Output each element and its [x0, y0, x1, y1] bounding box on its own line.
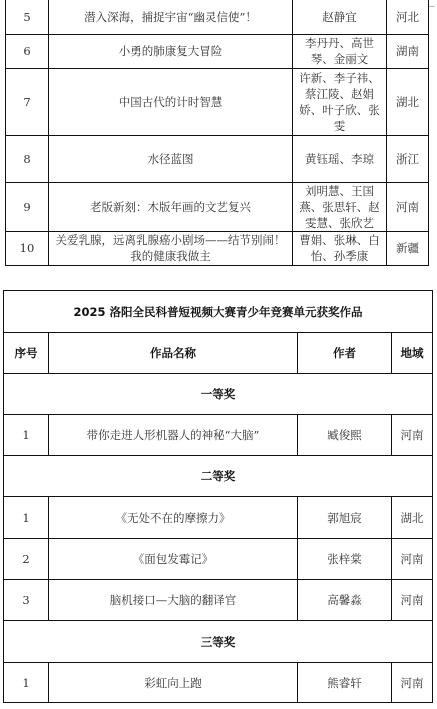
table-title-row: 2025 洛阳全民科普短视频大赛青少年竞赛单元获奖作品	[4, 291, 433, 333]
cell-author: 刘明慧、王国燕、张思轩、赵雯慧、张欣艺	[293, 182, 387, 231]
cell-title: 脑机接口—大脑的翻译官	[49, 580, 298, 621]
prize-label: 三等奖	[4, 621, 433, 663]
cell-title: 《无处不在的摩擦力》	[49, 497, 298, 539]
cell-no: 1	[4, 415, 49, 456]
cell-author: 黄钰瑶、李琼	[293, 135, 387, 182]
prize-label: 二等奖	[4, 456, 433, 497]
cell-no: 2	[4, 539, 49, 580]
cell-no: 1	[4, 663, 49, 703]
cell-author: 张梓棠	[298, 539, 392, 580]
cell-region: 湖南	[387, 34, 429, 68]
prize-row-second: 二等奖	[4, 456, 433, 497]
cell-author: 曹娟、张琳、白怡、孙季康	[293, 231, 387, 265]
table-row: 3 脑机接口—大脑的翻译官 高馨淼 河南	[4, 580, 433, 621]
cell-author: 臧俊熙	[298, 415, 392, 456]
table-row: 9 老版新刻：木版年画的文艺复兴 刘明慧、王国燕、张思轩、赵雯慧、张欣艺 河南	[6, 182, 429, 231]
header-row: 序号 作品名称 作者 地域	[4, 333, 433, 374]
table-row: 6 小勇的肺康复大冒险 李丹丹、高世琴、金丽文 湖南	[6, 34, 429, 68]
cell-title: 潜入深海，捕捉宇宙“幽灵信使”！	[49, 0, 293, 34]
cell-title: 带你走进人形机器人的神秘“大脑”	[49, 415, 298, 456]
cell-title: 老版新刻：木版年画的文艺复兴	[49, 182, 293, 231]
cell-region: 河南	[392, 539, 433, 580]
cell-author: 赵静宜	[293, 0, 387, 34]
cell-region: 河南	[392, 663, 433, 703]
cell-author: 许新、李子祎、蔡江陵、赵娟娇、叶子欣、张雯	[293, 68, 387, 135]
cell-no: 8	[6, 135, 49, 182]
cell-no: 1	[4, 497, 49, 539]
cell-region: 河南	[392, 415, 433, 456]
cell-region: 河南	[392, 580, 433, 621]
cell-no: 10	[6, 231, 49, 265]
top-award-table-continued: 5 潜入深海，捕捉宇宙“幽灵信使”！ 赵静宜 河北 6 小勇的肺康复大冒险 李丹…	[5, 0, 429, 266]
table-row: 8 水径蓝图 黄钰瑶、李琼 浙江	[6, 135, 429, 182]
table-row: 1 带你走进人形机器人的神秘“大脑” 臧俊熙 河南	[4, 415, 433, 456]
page-corner-mark	[428, 0, 435, 7]
cell-region: 新疆	[387, 231, 429, 265]
header-no: 序号	[4, 333, 49, 374]
table-row: 5 潜入深海，捕捉宇宙“幽灵信使”！ 赵静宜 河北	[6, 0, 429, 34]
cell-no: 5	[6, 0, 49, 34]
cell-no: 3	[4, 580, 49, 621]
table-row: 10 关爱乳腺，远离乳腺癌小剧场——结节别闹！我的健康我做主 曹娟、张琳、白怡、…	[6, 231, 429, 265]
cell-title: 小勇的肺康复大冒险	[49, 34, 293, 68]
header-author: 作者	[298, 333, 392, 374]
cell-region: 浙江	[387, 135, 429, 182]
cell-region: 湖北	[387, 68, 429, 135]
cell-no: 6	[6, 34, 49, 68]
table-row: 2 《面包发霉记》 张梓棠 河南	[4, 539, 433, 580]
cell-title: 《面包发霉记》	[49, 539, 298, 580]
cell-no: 7	[6, 68, 49, 135]
cell-region: 河北	[387, 0, 429, 34]
table-title: 2025 洛阳全民科普短视频大赛青少年竞赛单元获奖作品	[4, 291, 433, 333]
cell-title: 中国古代的计时智慧	[49, 68, 293, 135]
header-region: 地域	[392, 333, 433, 374]
youth-award-table: 2025 洛阳全民科普短视频大赛青少年竞赛单元获奖作品 序号 作品名称 作者 地…	[3, 290, 433, 703]
cell-region: 湖北	[392, 497, 433, 539]
cell-title: 彩虹向上跑	[49, 663, 298, 703]
cell-no: 9	[6, 182, 49, 231]
cell-region: 河南	[387, 182, 429, 231]
cell-title: 水径蓝图	[49, 135, 293, 182]
prize-label: 一等奖	[4, 374, 433, 415]
cell-title: 关爱乳腺，远离乳腺癌小剧场——结节别闹！我的健康我做主	[49, 231, 293, 265]
cell-author: 郭旭宸	[298, 497, 392, 539]
header-title: 作品名称	[49, 333, 298, 374]
cell-author: 高馨淼	[298, 580, 392, 621]
prize-row-first: 一等奖	[4, 374, 433, 415]
cell-author: 李丹丹、高世琴、金丽文	[293, 34, 387, 68]
cell-author: 熊睿轩	[298, 663, 392, 703]
table-row: 1 《无处不在的摩擦力》 郭旭宸 湖北	[4, 497, 433, 539]
table-row: 7 中国古代的计时智慧 许新、李子祎、蔡江陵、赵娟娇、叶子欣、张雯 湖北	[6, 68, 429, 135]
table-row: 1 彩虹向上跑 熊睿轩 河南	[4, 663, 433, 703]
prize-row-third: 三等奖	[4, 621, 433, 663]
